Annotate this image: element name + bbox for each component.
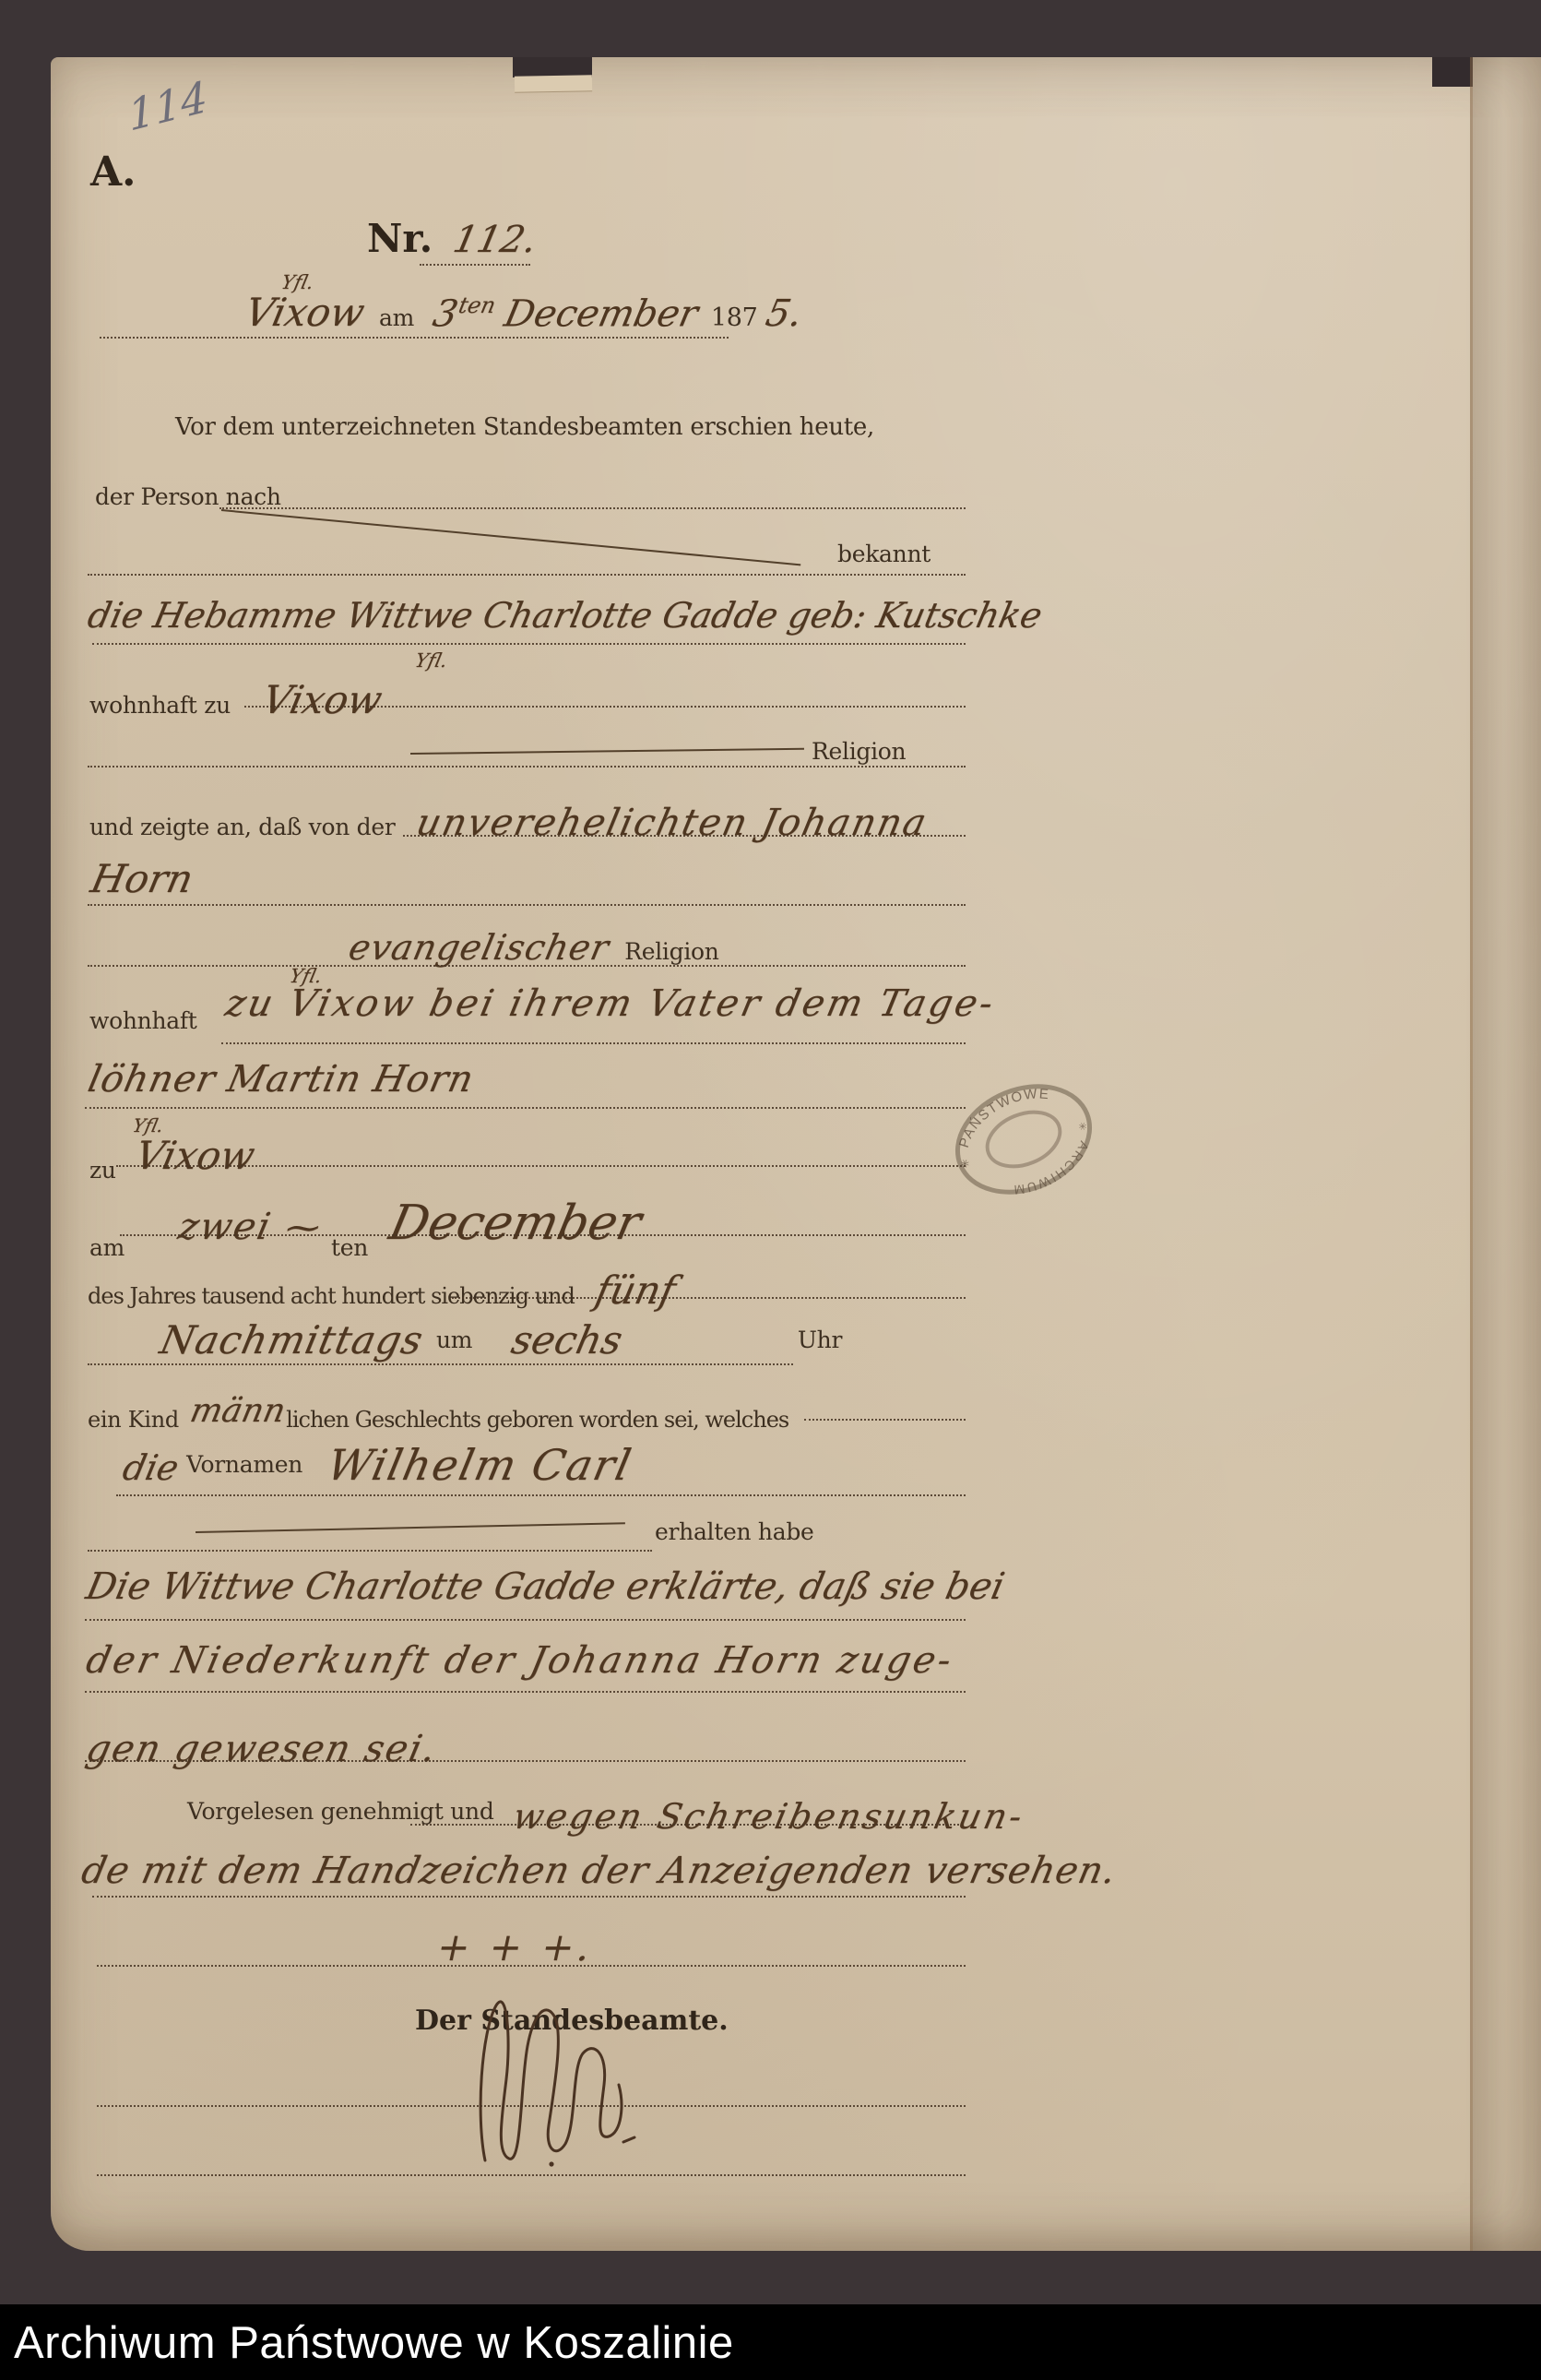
ruled-line [92,643,966,645]
intro-line: Vor dem unterzeichneten Standesbeamten e… [175,415,874,439]
pencil-folio-number: 114 [127,85,208,127]
residence-value: Vixow [259,681,385,720]
handmarks-line: + + +. [433,1928,590,1967]
birth-time-line: Nachmittags um sechs Uhr [157,1321,842,1360]
page-edge-notch-right [1432,57,1473,87]
um-label: um [436,1327,472,1353]
ruled-line [116,1494,966,1496]
document-page [51,57,1541,2251]
ruled-line [88,1550,652,1552]
am-label: am [379,304,414,331]
received-label: erhalten habe [655,1520,814,1543]
religion-label-2: Religion [624,938,718,965]
section-letter: A. [90,152,136,193]
year-value: fünf [592,1271,679,1310]
nr-value: 112. [450,221,540,258]
declarant-residence-line: wohnhaft zu Vixow [89,681,377,720]
year-printed: 187 [711,303,758,332]
closing-line-2: de mit dem Handzeichen der Anzeigenden v… [78,1852,1112,1889]
nr-label: Nr. [367,216,433,261]
ruled-line [88,965,966,967]
registrar-signature [468,1976,653,2178]
ruled-line [88,1363,793,1365]
tape-repair [515,75,592,92]
flourish-dash: ⁓ [272,1212,334,1245]
ruled-line [116,1165,966,1167]
article: die [120,1450,182,1485]
ruled-line [85,1691,966,1693]
ruled-line [120,1234,966,1236]
vornamen-label: Vornamen [186,1451,302,1478]
ruled-line [420,264,530,266]
page-fold-shadow [1473,57,1541,2251]
mother-surname-line: Horn [88,860,188,898]
statement-line-1: Die Wittwe Charlotte Gadde erklärte, daß… [83,1568,1000,1605]
zu-label: zu [89,1157,116,1184]
ruled-line [97,2174,966,2176]
ten-label: ten [331,1234,368,1261]
mother-religion-line: evangelischer Religion [346,930,719,965]
ruled-line [221,1042,966,1044]
statement-line-2: der Niederkunft der Johanna Horn zuge- [83,1642,949,1679]
known-label: bekannt [837,542,931,565]
given-names-line: die Vornamen Wilhelm Carl [120,1444,627,1486]
birth-date-line: am zwei ⁓ ten December [89,1199,635,1247]
year-written: 5. [763,295,806,332]
person-label: der Person nach [95,485,281,508]
closing-reason-1: wegen Schreibensunkun- [510,1799,1028,1834]
birth-place: Vixow [132,1136,258,1175]
gender-value: männ [187,1395,289,1428]
birth-day: zwei [175,1208,275,1245]
wohnhaft-label: wohnhaft [89,1007,197,1034]
ruled-line [452,1297,966,1299]
ruled-line [410,1824,959,1826]
place-name: Vixow [242,293,368,332]
birth-year-line: des Jahres tausend acht hundert siebenzi… [88,1271,670,1310]
ruled-line [100,337,729,339]
ruled-line [85,1107,966,1109]
ruled-line [244,706,966,708]
scanned-document: 114 A. Nr. 112. Yfl. Vixow am 3ten Decem… [0,0,1541,2380]
time-of-day: Nachmittags [157,1321,427,1360]
closing-line-1: Vorgelesen genehmigt und wegen Schreiben… [187,1799,1020,1834]
child-gender-line: ein Kind männ lichen Geschlechts geboren… [88,1395,788,1428]
ruled-line [88,904,966,906]
ruled-line [88,574,966,576]
ruled-line [88,766,966,768]
residence-annotation: Yfl. [413,651,445,671]
archive-caption-bar: Archiwum Państwowe w Koszalinie [0,2304,1541,2380]
birth-place-line: zu Vixow [89,1136,250,1175]
religion-label-1: Religion [812,740,906,763]
record-number-line: Nr. 112. [367,220,532,258]
ruled-line [85,1619,966,1621]
birth-place-annotation: Yfl. [131,1116,161,1135]
am-label-2: am [89,1234,124,1261]
ruled-line [219,507,966,509]
uhr-label: Uhr [798,1327,842,1353]
birth-month: December [385,1199,646,1247]
date-day: 3ten December [430,294,701,332]
archive-caption: Archiwum Państwowe w Koszalinie [14,2317,734,2369]
statement-line-3: gen gewesen sei. [83,1731,433,1767]
ruled-line [97,1965,966,1967]
residence-label: wohnhaft zu [89,692,231,719]
mother-residence-line-2: löhner Martin Horn [85,1061,469,1098]
ruled-line [403,835,966,837]
declarant-line: die Hebamme Wittwe Charlotte Gadde geb: … [85,598,1037,633]
ruled-line [92,1896,966,1898]
date-line: Vixow am 3ten December 187 5. [242,293,798,332]
religion-value: evangelischer [346,930,612,965]
birth-hour: sechs [508,1321,625,1360]
mother-residence-line: wohnhaft zu Vixow bei ihrem Vater dem Ta… [89,985,990,1022]
ruled-line [85,1760,966,1762]
ruled-line [97,2105,966,2107]
ruled-line [804,1419,966,1421]
given-names: Wilhelm Carl [324,1444,636,1486]
